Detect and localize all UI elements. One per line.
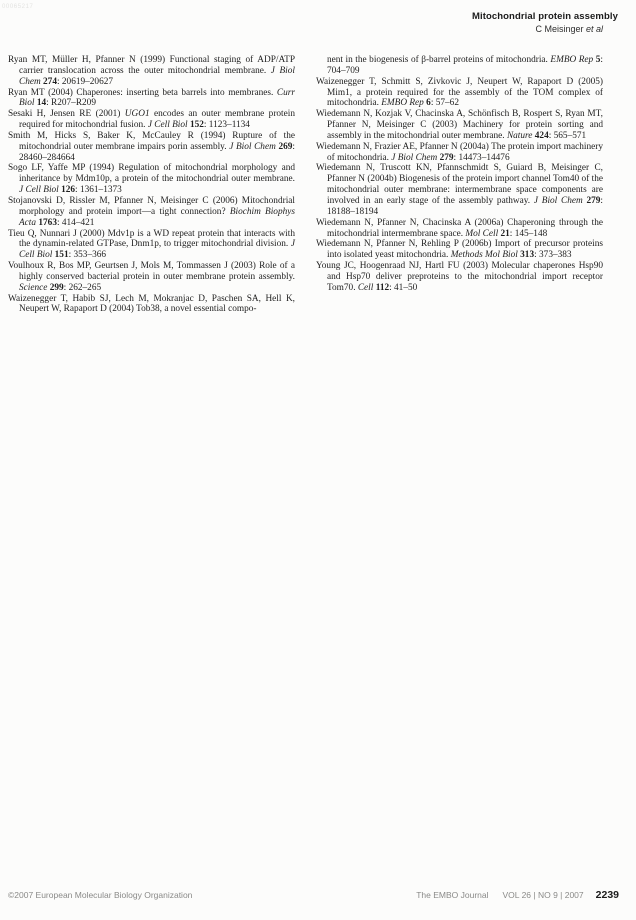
issue-info: VOL 26 | NO 9 | 2007 bbox=[503, 890, 584, 900]
reference-entry: Waizenegger T, Schmitt S, Zivkovic J, Ne… bbox=[316, 77, 603, 110]
page-footer: ©2007 European Molecular Biology Organiz… bbox=[8, 889, 619, 901]
reference-entry: Wiedemann N, Kozjak V, Chacinska A, Schö… bbox=[316, 109, 603, 142]
page-number: 2239 bbox=[596, 889, 619, 901]
reference-entry: Sesaki H, Jensen RE (2001) UGO1 encodes … bbox=[8, 109, 295, 131]
reference-entry: Voulhoux R, Bos MP, Geurtsen J, Mols M, … bbox=[8, 261, 295, 294]
reference-entry: nent in the biogenesis of β-barrel prote… bbox=[316, 55, 603, 77]
running-head-etal: et al bbox=[586, 24, 603, 34]
scan-artifact-number: 00065217 bbox=[2, 4, 34, 10]
reference-entry: Smith M, Hicks S, Baker K, McCauley R (1… bbox=[8, 131, 295, 164]
journal-name: The EMBO Journal bbox=[416, 890, 488, 900]
reference-entry: Waizenegger T, Habib SJ, Lech M, Mokranj… bbox=[8, 294, 295, 316]
reference-entry: Young JC, Hoogenraad NJ, Hartl FU (2003)… bbox=[316, 261, 603, 294]
copyright-notice: ©2007 European Molecular Biology Organiz… bbox=[8, 890, 192, 900]
reference-entry: Ryan MT, Müller H, Pfanner N (1999) Func… bbox=[8, 55, 295, 88]
reference-entry: Wiedemann N, Pfanner N, Chacinska A (200… bbox=[316, 218, 603, 240]
reference-entry: Stojanovski D, Rissler M, Pfanner N, Mei… bbox=[8, 196, 295, 229]
reference-entry: Wiedemann N, Frazier AE, Pfanner N (2004… bbox=[316, 142, 603, 164]
reference-entry: Wiedemann N, Truscott KN, Pfannschmidt S… bbox=[316, 163, 603, 217]
reference-entry: Sogo LF, Yaffe MP (1994) Regulation of m… bbox=[8, 163, 295, 196]
journal-page: 00065217 Mitochondrial protein assembly … bbox=[0, 0, 636, 920]
running-head-title: Mitochondrial protein assembly bbox=[472, 11, 618, 22]
references-column-right: nent in the biogenesis of β-barrel prote… bbox=[316, 55, 603, 315]
references-column-left: Ryan MT, Müller H, Pfanner N (1999) Func… bbox=[8, 55, 295, 315]
running-head-author-name: C Meisinger bbox=[535, 24, 586, 34]
reference-entry: Wiedemann N, Pfanner N, Rehling P (2006b… bbox=[316, 239, 603, 261]
reference-entry: Tieu Q, Nunnari J (2000) Mdv1p is a WD r… bbox=[8, 229, 295, 262]
references-section: Ryan MT, Müller H, Pfanner N (1999) Func… bbox=[8, 55, 603, 315]
running-head: Mitochondrial protein assembly C Meising… bbox=[472, 11, 618, 34]
journal-info: The EMBO JournalVOL 26 | NO 9 | 20072239 bbox=[416, 889, 619, 901]
running-head-authors: C Meisinger et al bbox=[472, 24, 618, 34]
reference-entry: Ryan MT (2004) Chaperones: inserting bet… bbox=[8, 88, 295, 110]
